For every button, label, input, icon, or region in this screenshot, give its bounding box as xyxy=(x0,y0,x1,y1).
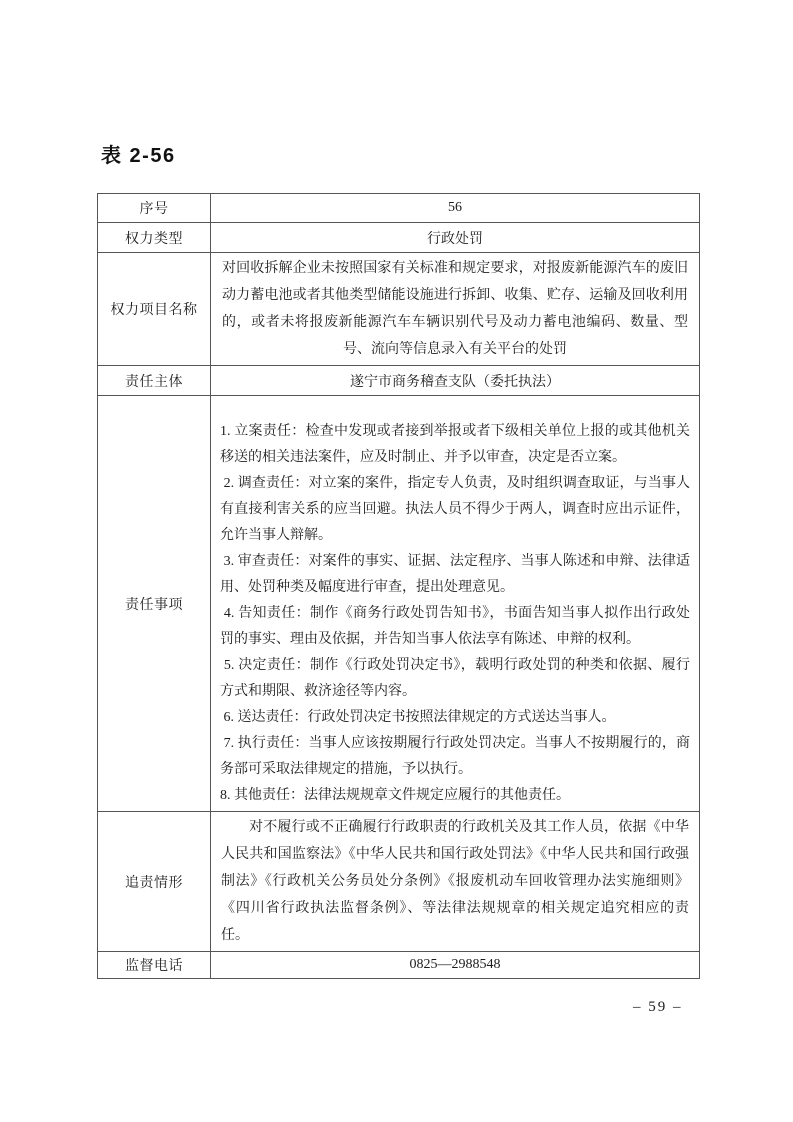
responsibility-table: 序号 56 权力类型 行政处罚 权力项目名称 对回收拆解企业未按照国家有关标准和… xyxy=(97,193,700,979)
row-label-responsible-entity: 责任主体 xyxy=(98,366,211,396)
table-row-supervision-phone: 监督电话 0825—2988548 xyxy=(98,952,700,979)
cell-responsible-entity: 遂宁市商务稽查支队（委托执法） xyxy=(211,366,700,396)
cell-supervision-phone: 0825—2988548 xyxy=(211,952,700,979)
row-label-supervision-phone: 监督电话 xyxy=(98,952,211,979)
row-label-power-item-name: 权力项目名称 xyxy=(98,253,211,366)
row-label-serial-number: 序号 xyxy=(98,194,211,223)
table-caption: 表 2-56 xyxy=(101,139,176,168)
document-page: 表 2-56 序号 56 权力类型 行政处罚 权力项目名称 对回收拆解企业未按照… xyxy=(0,0,793,1122)
table-row-responsibility-items: 责任事项 1. 立案责任：检查中发现或者接到举报或者下级相关单位上报的或其他机关… xyxy=(98,396,700,812)
row-label-power-type: 权力类型 xyxy=(98,223,211,253)
row-label-responsibility-items: 责任事项 xyxy=(98,396,211,812)
table-row-accountability-situations: 追责情形 对不履行或不正确履行行政职责的行政机关及其工作人员，依据《中华人民共和… xyxy=(98,812,700,952)
page-number: – 59 – xyxy=(633,999,683,1016)
cell-power-item-name: 对回收拆解企业未按照国家有关标准和规定要求，对报废新能源汽车的废旧动力蓄电池或者… xyxy=(211,253,700,366)
row-label-accountability-situations: 追责情形 xyxy=(98,812,211,952)
cell-serial-number: 56 xyxy=(211,194,700,223)
table-row-serial-number: 序号 56 xyxy=(98,194,700,223)
cell-power-type: 行政处罚 xyxy=(211,223,700,253)
table-row-power-item-name: 权力项目名称 对回收拆解企业未按照国家有关标准和规定要求，对报废新能源汽车的废旧… xyxy=(98,253,700,366)
table-row-power-type: 权力类型 行政处罚 xyxy=(98,223,700,253)
cell-accountability-situations: 对不履行或不正确履行行政职责的行政机关及其工作人员，依据《中华人民共和国监察法》… xyxy=(211,812,700,952)
table-row-responsible-entity: 责任主体 遂宁市商务稽查支队（委托执法） xyxy=(98,366,700,396)
cell-responsibility-items: 1. 立案责任：检查中发现或者接到举报或者下级相关单位上报的或其他机关移送的相关… xyxy=(211,396,700,812)
